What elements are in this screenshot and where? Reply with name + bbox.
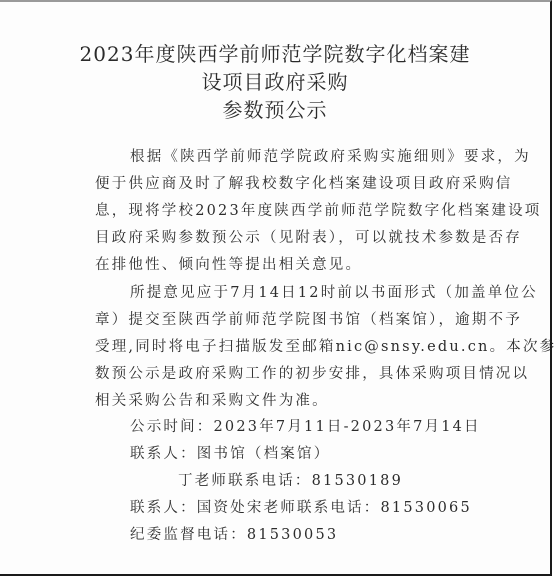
document-title-line-2: 设项目政府采购 [0,66,550,95]
paragraph-2-line: 数预公示是政府采购工作的初步安排，具体采购项目情况以 [95,362,529,383]
paragraph-1-line: 息，现将学校2023年度陕西学前师范学院数字化档案建设项 [95,199,542,220]
paragraph-2-line: 章）提交至陕西学前师范学院图书馆（档案馆），逾期不予 [95,308,522,329]
paragraph-2-line: 受理,同时将电子扫描版发至邮箱nic@snsy.edu.cn。本次参 [95,335,554,356]
document-title-line-3: 参数预公示 [0,94,550,123]
document-page: 2023年度陕西学前师范学院数字化档案建 设项目政府采购 参数预公示 根据《陕西… [0,0,552,576]
contact-library-phone: 丁老师联系电话：81530189 [178,469,403,490]
paragraph-1-line: 根据《陕西学前师范学院政府采购实施细则》要求，为 [130,145,531,166]
contact-library: 联系人：图书馆（档案馆） [130,442,330,463]
paragraph-1-line: 目政府采购参数预公示（见附表），可以就技术参数是否存 [95,226,522,247]
paragraph-1-line: 在排他性、倾向性等提出相关意见。 [95,253,362,274]
paragraph-2-line: 相关采购公告和采购文件为准。 [95,389,329,410]
contact-asset-office: 联系人：国资处宋老师联系电话：81530065 [130,496,472,517]
document-title-line-1: 2023年度陕西学前师范学院数字化档案建 [0,38,550,67]
supervision-phone: 纪委监督电话：81530053 [130,523,338,544]
paragraph-2-line: 所提意见应于7月14日12时前以书面形式（加盖单位公 [130,281,538,302]
paragraph-1-line: 便于供应商及时了解我校数字化档案建设项目政府采购信 [95,172,513,193]
publicity-time: 公示时间：2023年7月11日-2023年7月14日 [130,415,481,436]
